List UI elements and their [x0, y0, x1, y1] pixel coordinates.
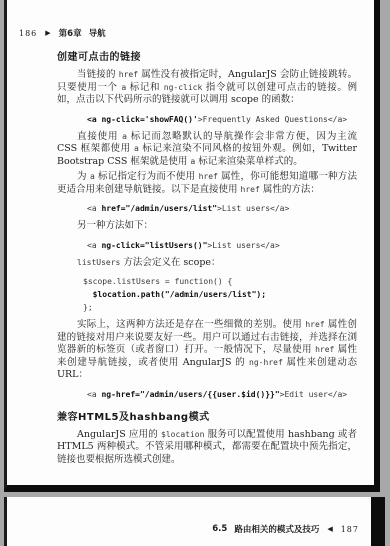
section-heading: 创建可点击的链接 [57, 48, 357, 63]
page-number: 186 [19, 29, 37, 38]
inline-code: listUsers [77, 258, 120, 267]
text-run: 标记和 [126, 82, 164, 93]
body-paragraph: 直接使用 a 标记而忽略默认的导航操作会非常方便，因为主流 CSS 框架都使用 … [57, 131, 357, 169]
inline-code: ng-click [164, 83, 203, 92]
chapter-title: 导航 [89, 27, 106, 39]
page-187-running-head: 6.5 路由相关的模式及技巧 ◀ 187 [212, 523, 359, 535]
inline-code-bold: href="/admin/users/list" [101, 204, 217, 213]
chapter-label: 第6章 [59, 27, 82, 39]
text-run: 实际上，这两种方法还是存在一些细微的差别。使用 [77, 319, 305, 330]
inline-code: >Frequently Asked Questions</a> [198, 115, 347, 124]
section-title: 路由相关的模式及技巧 [234, 523, 319, 535]
page-content: 创建可点击的链接当链接的 href 属性没有被指定时，AngularJS 会防止… [57, 48, 357, 469]
code-line: $location.path("/admin/users/list"); [83, 287, 357, 300]
inline-code: href [119, 70, 138, 79]
page-number: 187 [341, 525, 359, 534]
body-paragraph: 另一种方法如下： [57, 220, 357, 233]
scanned-book-view: 186 ▶ 第6章 导航 创建可点击的链接当链接的 href 属性没有被指定时，… [0, 0, 390, 546]
text-run: 直接使用 [77, 131, 122, 142]
body-paragraph: 为 a 标记指定行为而不使用 href 属性，你可能想知道哪一种方法更适合用来创… [57, 171, 357, 196]
inline-code-bold: $location.path("/admin/users/list"); [83, 290, 266, 299]
section-number: 6.5 [212, 524, 227, 534]
book-page-187: 6.5 路由相关的模式及技巧 ◀ 187 [4, 497, 385, 546]
inline-code: <a [87, 204, 101, 213]
text-run: 当链接的 [77, 69, 119, 80]
code-block: $scope.listUsers = function() { $locatio… [83, 274, 357, 313]
body-paragraph: 当链接的 href 属性没有被指定时，AngularJS 会防止链接跳转。只要使… [57, 69, 357, 107]
inline-code-bold: ng-href="/admin/users/{{user.$id()}}" [101, 390, 279, 399]
inline-code: href [241, 185, 260, 194]
inline-code: >Edit user</a> [280, 390, 347, 399]
body-paragraph: 实际上，这两种方法还是存在一些细微的差别。使用 href 属性创建的链接对用户来… [57, 319, 357, 382]
inline-code: >List users</a> [207, 241, 279, 250]
text-run: 为 [77, 171, 90, 182]
code-snippet: <a href="/admin/users/list">List users</… [87, 201, 357, 214]
inline-code: $scope.listUsers = function() { [83, 277, 232, 286]
code-line: $scope.listUsers = function() { [83, 274, 357, 287]
text-run: 方法会定义在 scope： [120, 257, 220, 268]
text-run: 另一种方法如下： [77, 220, 153, 231]
inline-code-bold: <a ng-click='showFAQ()' [87, 115, 198, 124]
inline-code: <a [87, 390, 101, 399]
body-paragraph: AngularJS 应用的 $location 服务可以配置使用 hashban… [57, 429, 357, 467]
code-snippet: <a ng-click="listUsers()">List users</a> [87, 238, 357, 251]
section-heading: 兼容HTML5及hashbang模式 [57, 408, 357, 423]
inline-code: href [305, 320, 324, 329]
text-run: 属性的方法： [260, 184, 320, 195]
left-triangle-icon: ◀ [327, 526, 332, 533]
book-page-186: 186 ▶ 第6章 导航 创建可点击的链接当链接的 href 属性没有被指定时，… [4, 0, 380, 492]
inline-code: <a [87, 241, 101, 250]
inline-code-bold: ng-click="listUsers()" [101, 241, 207, 250]
text-run: 标记来渲染菜单样式的。 [195, 156, 303, 167]
code-snippet: <a ng-href="/admin/users/{{user.$id()}}"… [87, 387, 357, 400]
inline-code: href [199, 172, 218, 181]
inline-code: >List users</a> [217, 204, 289, 213]
text-run: 标记指定行为而不使用 [95, 171, 199, 182]
right-triangle-icon: ▶ [45, 30, 50, 37]
body-paragraph: listUsers 方法会定义在 scope： [57, 257, 357, 270]
inline-code: ng-href [249, 358, 283, 367]
inline-code: $location [161, 430, 204, 439]
code-snippet: <a ng-click='showFAQ()'>Frequently Asked… [87, 112, 357, 125]
page-186-running-head: 186 ▶ 第6章 导航 [19, 27, 106, 39]
code-line: }; [83, 300, 357, 313]
inline-code: }; [83, 303, 93, 312]
inline-code: href [315, 345, 334, 354]
text-run: AngularJS 应用的 [77, 429, 161, 440]
